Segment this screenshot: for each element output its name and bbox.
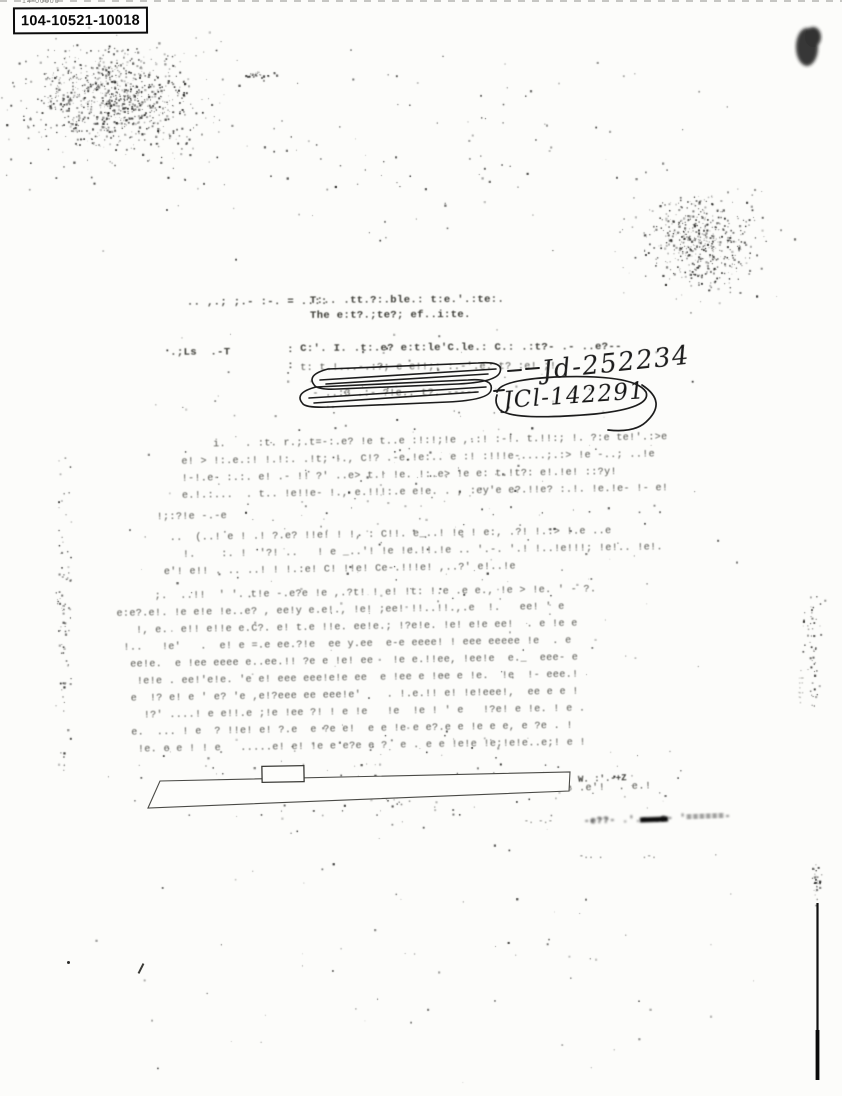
paragraph-2: .. (..! e ! .! ?.e? !!e! ! !, : C!!. e_.…	[157, 522, 663, 581]
strip-right-text: W. :'.-+Z	[578, 773, 627, 785]
faded-mark: .-.	[642, 852, 656, 861]
small-dashes: -. -.-	[524, 817, 553, 826]
paragraph-3: ;. ..!! ' '. t!e -.e?e !e ,.?t! ! e! !t:…	[110, 581, 599, 759]
scanned-document-page: 14-00000 104-10521-10018 .. ,.; ;.- :-. …	[0, 0, 842, 1096]
dark-smudge-solid	[640, 817, 668, 823]
edge-scribble: !:.;,.	[797, 676, 805, 706]
memo-body-block: i. . :t. r.;.t=-:.e? !e t..e :!:!;!e ,.:…	[0, 0, 842, 1096]
stray-dot	[67, 961, 70, 964]
faded-mark: -.. .	[579, 852, 603, 861]
paragraph-1: i. . :t. r.;.t=-:.e? !e t..e :!:!;!e ,.:…	[155, 429, 668, 526]
